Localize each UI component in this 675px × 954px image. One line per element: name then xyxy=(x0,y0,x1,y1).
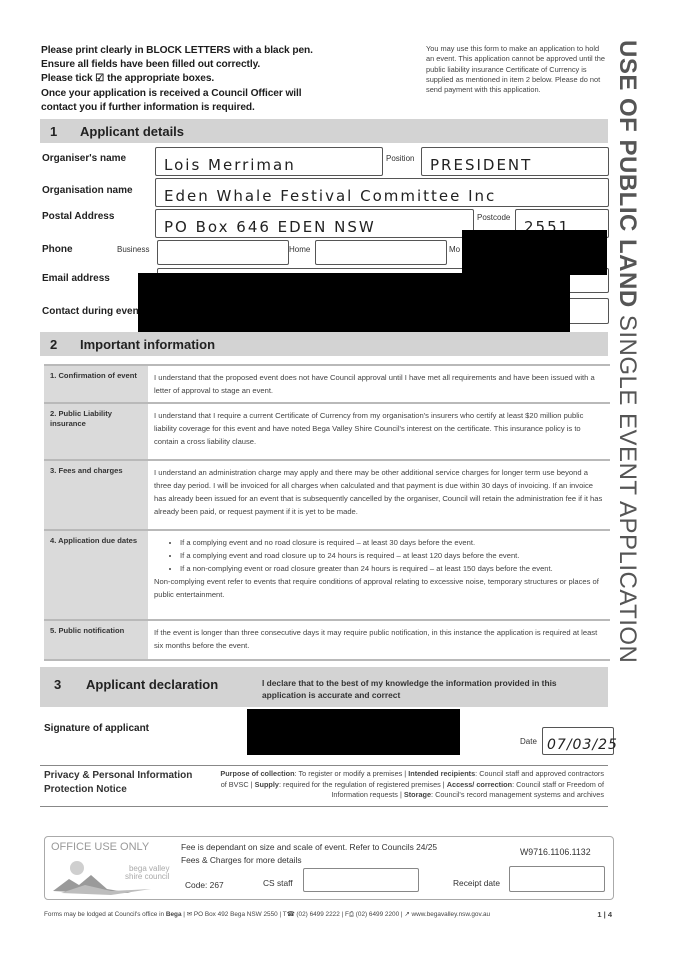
footer-text: Forms may be lodged at Council's office … xyxy=(44,911,166,918)
instruction-line: Once your application is received a Coun… xyxy=(41,87,313,101)
row-body: I understand that the proposed event doe… xyxy=(148,365,610,403)
row-body: If a complying event and no road closure… xyxy=(148,530,610,620)
fee-note: Fee is dependant on size and scale of ev… xyxy=(181,841,437,867)
footer-contacts: | ✉ PO Box 492 Bega NSW 2550 | T☎ (02) 6… xyxy=(182,911,491,918)
title-bold: USE OF PUBLIC LAND xyxy=(614,40,641,308)
table-row: 5. Public notification If the event is l… xyxy=(44,620,610,660)
home-phone-field[interactable] xyxy=(315,240,447,265)
section-3-header: 3 Applicant declaration I declare that t… xyxy=(40,667,608,707)
privacy-detail: : Council's record management systems an… xyxy=(431,790,604,799)
privacy-detail: : To register or modify a premises | xyxy=(295,769,409,778)
section-number: 2 xyxy=(50,337,57,352)
organisation-name-value: Eden Whale Festival Committee Inc xyxy=(164,187,496,205)
non-complying-note: Non-complying event refer to events that… xyxy=(154,575,604,601)
list-item: If a complying event and no road closure… xyxy=(180,536,604,549)
fee-note-line: Fees & Charges for more details xyxy=(181,854,437,867)
office-use-title: OFFICE USE ONLY xyxy=(51,841,149,853)
signature-field-redacted[interactable] xyxy=(247,709,460,755)
table-row: 4. Application due dates If a complying … xyxy=(44,530,610,620)
row-body: I understand an administration charge ma… xyxy=(148,460,610,530)
business-phone-label: Business xyxy=(117,245,149,254)
home-phone-label: Home xyxy=(289,245,310,254)
redaction-block xyxy=(462,230,607,275)
row-body: If the event is longer than three consec… xyxy=(148,620,610,660)
list-item: If a complying event and road closure up… xyxy=(180,549,604,562)
fee-code: Code: 267 xyxy=(185,880,224,890)
position-value: PRESIDENT xyxy=(430,156,532,174)
privacy-title: Privacy & Personal Information Protectio… xyxy=(44,769,214,797)
organisation-name-field[interactable]: Eden Whale Festival Committee Inc xyxy=(155,178,609,207)
organisation-label: Organisation name xyxy=(42,185,133,196)
privacy-term: Intended recipients xyxy=(408,769,475,778)
row-body: I understand that I require a current Ce… xyxy=(148,403,610,460)
phone-label: Phone xyxy=(42,244,73,255)
date-label: Date xyxy=(520,737,537,746)
row-heading: 2. Public Liability insurance xyxy=(44,403,148,460)
section-2-header: 2 Important information xyxy=(40,332,608,356)
page-number: 1 | 4 xyxy=(597,910,612,919)
mobile-phone-label: Mo xyxy=(449,245,460,254)
section-title: Applicant declaration xyxy=(86,677,218,692)
privacy-notice: Privacy & Personal Information Protectio… xyxy=(40,765,608,807)
row-heading: 5. Public notification xyxy=(44,620,148,660)
receipt-date-label: Receipt date xyxy=(453,878,500,888)
contact-during-event-label: Contact during even xyxy=(42,306,139,317)
declaration-statement: I declare that to the best of my knowled… xyxy=(262,677,592,701)
row-heading: 1. Confirmation of event xyxy=(44,365,148,403)
office-use-panel: OFFICE USE ONLY bega valley shire counci… xyxy=(44,836,614,900)
organiser-name-field[interactable]: Lois Merriman xyxy=(155,147,383,176)
instruction-line: Please tick ☑ the appropriate boxes. xyxy=(41,72,313,86)
form-note: You may use this form to make an applica… xyxy=(426,44,606,95)
vertical-form-title: USE OF PUBLIC LAND SINGLE EVENT APPLICAT… xyxy=(612,40,646,630)
important-information-table: 1. Confirmation of event I understand th… xyxy=(44,364,610,661)
privacy-term: Access/ correction xyxy=(447,780,512,789)
privacy-text: Purpose of collection: To register or mo… xyxy=(214,769,604,801)
due-date-list: If a complying event and no road closure… xyxy=(154,536,604,575)
row-heading: 3. Fees and charges xyxy=(44,460,148,530)
business-phone-field[interactable] xyxy=(157,240,289,265)
postal-address-field[interactable]: PO Box 646 EDEN NSW xyxy=(155,209,474,238)
footer-office: Bega xyxy=(166,911,182,918)
table-row: 3. Fees and charges I understand an admi… xyxy=(44,460,610,530)
signature-label: Signature of applicant xyxy=(44,723,149,734)
section-number: 3 xyxy=(54,677,61,692)
email-label: Email address xyxy=(42,273,110,284)
date-field[interactable]: 07/03/25 xyxy=(542,727,614,755)
cs-staff-label: CS staff xyxy=(263,878,293,888)
cs-staff-field[interactable] xyxy=(303,868,419,892)
table-row: 2. Public Liability insurance I understa… xyxy=(44,403,610,460)
postcode-label: Postcode xyxy=(477,213,510,222)
instruction-line: Ensure all fields have been filled out c… xyxy=(41,58,313,72)
logo-text: bega valley shire council xyxy=(125,865,169,881)
privacy-term: Purpose of collection xyxy=(220,769,294,778)
organiser-label: Organiser's name xyxy=(42,153,126,164)
section-number: 1 xyxy=(50,124,57,139)
instruction-line: contact you if further information is re… xyxy=(41,101,313,115)
form-id: W9716.1106.1132 xyxy=(520,847,591,857)
receipt-date-field[interactable] xyxy=(509,866,605,892)
instructions: Please print clearly in BLOCK LETTERS wi… xyxy=(41,44,313,115)
position-label: Position xyxy=(386,154,414,163)
privacy-detail: : required for the regulation of registe… xyxy=(279,780,447,789)
position-field[interactable]: PRESIDENT xyxy=(421,147,609,176)
privacy-term: Supply xyxy=(255,780,279,789)
organiser-name-value: Lois Merriman xyxy=(164,156,296,174)
redaction-block xyxy=(138,273,570,333)
section-title: Applicant details xyxy=(80,124,184,139)
instruction-line: Please print clearly in BLOCK LETTERS wi… xyxy=(41,44,313,58)
row-heading: 4. Application due dates xyxy=(44,530,148,620)
date-value: 07/03/25 xyxy=(547,737,618,753)
privacy-term: Storage xyxy=(404,790,431,799)
postal-address-value: PO Box 646 EDEN NSW xyxy=(164,218,376,236)
list-item: If a non-complying event or road closure… xyxy=(180,562,604,575)
page-footer: Forms may be lodged at Council's office … xyxy=(44,910,612,919)
fee-note-line: Fee is dependant on size and scale of ev… xyxy=(181,841,437,854)
table-row: 1. Confirmation of event I understand th… xyxy=(44,365,610,403)
postal-label: Postal Address xyxy=(42,211,114,222)
logo-line: shire council xyxy=(125,873,169,881)
title-regular: SINGLE EVENT APPLICATION xyxy=(614,308,641,664)
section-1-header: 1 Applicant details xyxy=(40,119,608,143)
section-title: Important information xyxy=(80,337,215,352)
